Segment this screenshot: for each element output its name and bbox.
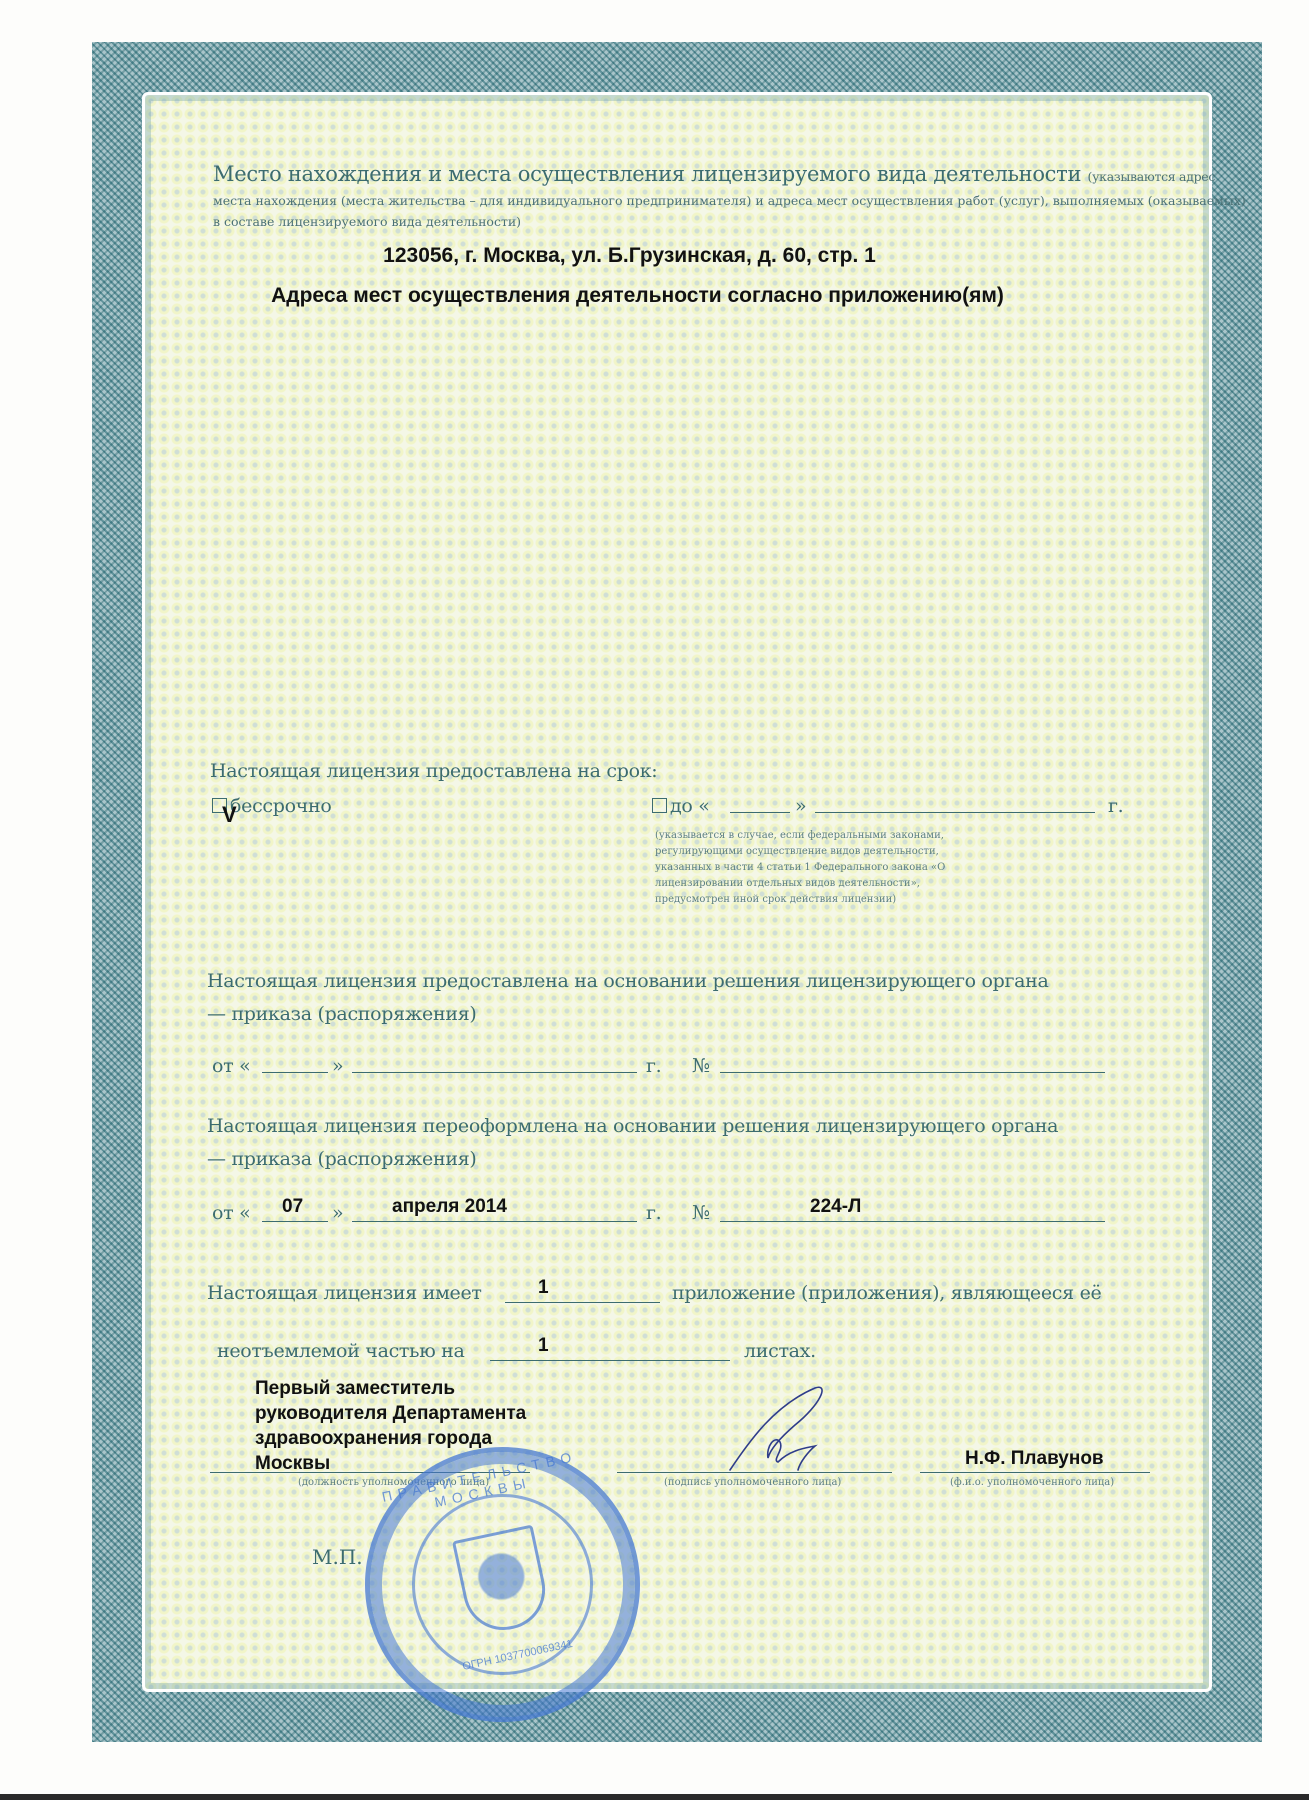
granted-line1: Настоящая лицензия предоставлена на осно… <box>207 970 1049 992</box>
check-mark-icon: V <box>222 802 237 828</box>
signature-caption: (подпись уполномоченного лица) <box>664 1477 841 1488</box>
appendices-sheets-value: 1 <box>538 1335 549 1357</box>
reissued-year-suffix: г. <box>646 1202 661 1224</box>
until-day-field[interactable] <box>730 812 790 813</box>
reissued-number-field[interactable] <box>720 1221 1105 1222</box>
location-note-line3: в составе лицензируемого вида деятельнос… <box>213 214 521 229</box>
location-note-line2: места нахождения (места жительства – для… <box>213 193 1246 208</box>
scanner-edge <box>0 1794 1309 1800</box>
until-quote-close: » <box>795 795 806 817</box>
option-indefinite-label: бессрочно <box>230 795 332 817</box>
handwritten-signature <box>720 1380 860 1480</box>
reissued-from-label: от « <box>212 1202 250 1224</box>
position-line: руководителя Департамента <box>255 1401 526 1426</box>
signatory-name: Н.Ф. Плавунов <box>965 1448 1104 1470</box>
reissued-number-label: № <box>692 1202 710 1224</box>
appendices-count-value: 1 <box>538 1277 549 1299</box>
appendices-line1-prefix: Настоящая лицензия имеет <box>207 1282 482 1304</box>
granted-from-label: от « <box>212 1055 250 1077</box>
checkbox-until[interactable] <box>652 798 667 813</box>
name-line-rule <box>920 1472 1150 1473</box>
address-line: 123056, г. Москва, ул. Б.Грузинская, д. … <box>0 244 1284 268</box>
appendices-sheets-field[interactable] <box>490 1360 730 1361</box>
reissued-date-field[interactable] <box>352 1221 637 1222</box>
granted-year-suffix: г. <box>646 1055 661 1077</box>
appendices-line2-prefix: неотъемлемой частью на <box>217 1340 465 1362</box>
option-until[interactable]: до « <box>652 795 710 817</box>
signature-line-rule <box>617 1472 892 1473</box>
position-line: Первый заместитель <box>255 1376 526 1401</box>
name-caption: (ф.и.о. уполномоченного лица) <box>950 1477 1114 1488</box>
addresses-note: Адреса мест осуществления деятельности с… <box>0 284 1292 308</box>
reissued-quote-close: » <box>332 1202 343 1224</box>
granted-date-field[interactable] <box>352 1072 637 1073</box>
granted-quote-close: » <box>332 1055 343 1077</box>
granted-day-field[interactable] <box>262 1072 328 1073</box>
appendices-line1-suffix: приложение (приложения), являющееся её <box>672 1282 1101 1304</box>
reissued-date-value: апреля 2014 <box>392 1196 507 1218</box>
location-title: Место нахождения и места осуществления л… <box>213 162 1081 186</box>
appendices-line2-suffix: листах. <box>744 1340 816 1362</box>
appendices-count-field[interactable] <box>505 1302 660 1303</box>
granted-line2: — приказа (распоряжения) <box>207 1003 477 1025</box>
reissued-day-value: 07 <box>282 1196 303 1218</box>
reissued-line2: — приказа (распоряжения) <box>207 1148 477 1170</box>
until-prefix: до « <box>670 795 710 817</box>
reissued-line1: Настоящая лицензия переоформлена на осно… <box>207 1115 1058 1137</box>
until-year-suffix: г. <box>1108 795 1123 817</box>
location-heading: Место нахождения и места осуществления л… <box>213 162 1215 186</box>
granted-number-field[interactable] <box>720 1072 1105 1073</box>
granted-number-label: № <box>692 1055 710 1077</box>
reissued-number-value: 224-Л <box>810 1196 861 1218</box>
until-date-field[interactable] <box>815 812 1095 813</box>
seal-place-label: М.П. <box>312 1545 363 1569</box>
term-heading: Настоящая лицензия предоставлена на срок… <box>210 760 657 782</box>
location-note-inline: (указываются адрес <box>1088 169 1216 184</box>
term-note: (указывается в случае, если федеральными… <box>655 828 975 908</box>
reissued-day-field[interactable] <box>262 1221 328 1222</box>
